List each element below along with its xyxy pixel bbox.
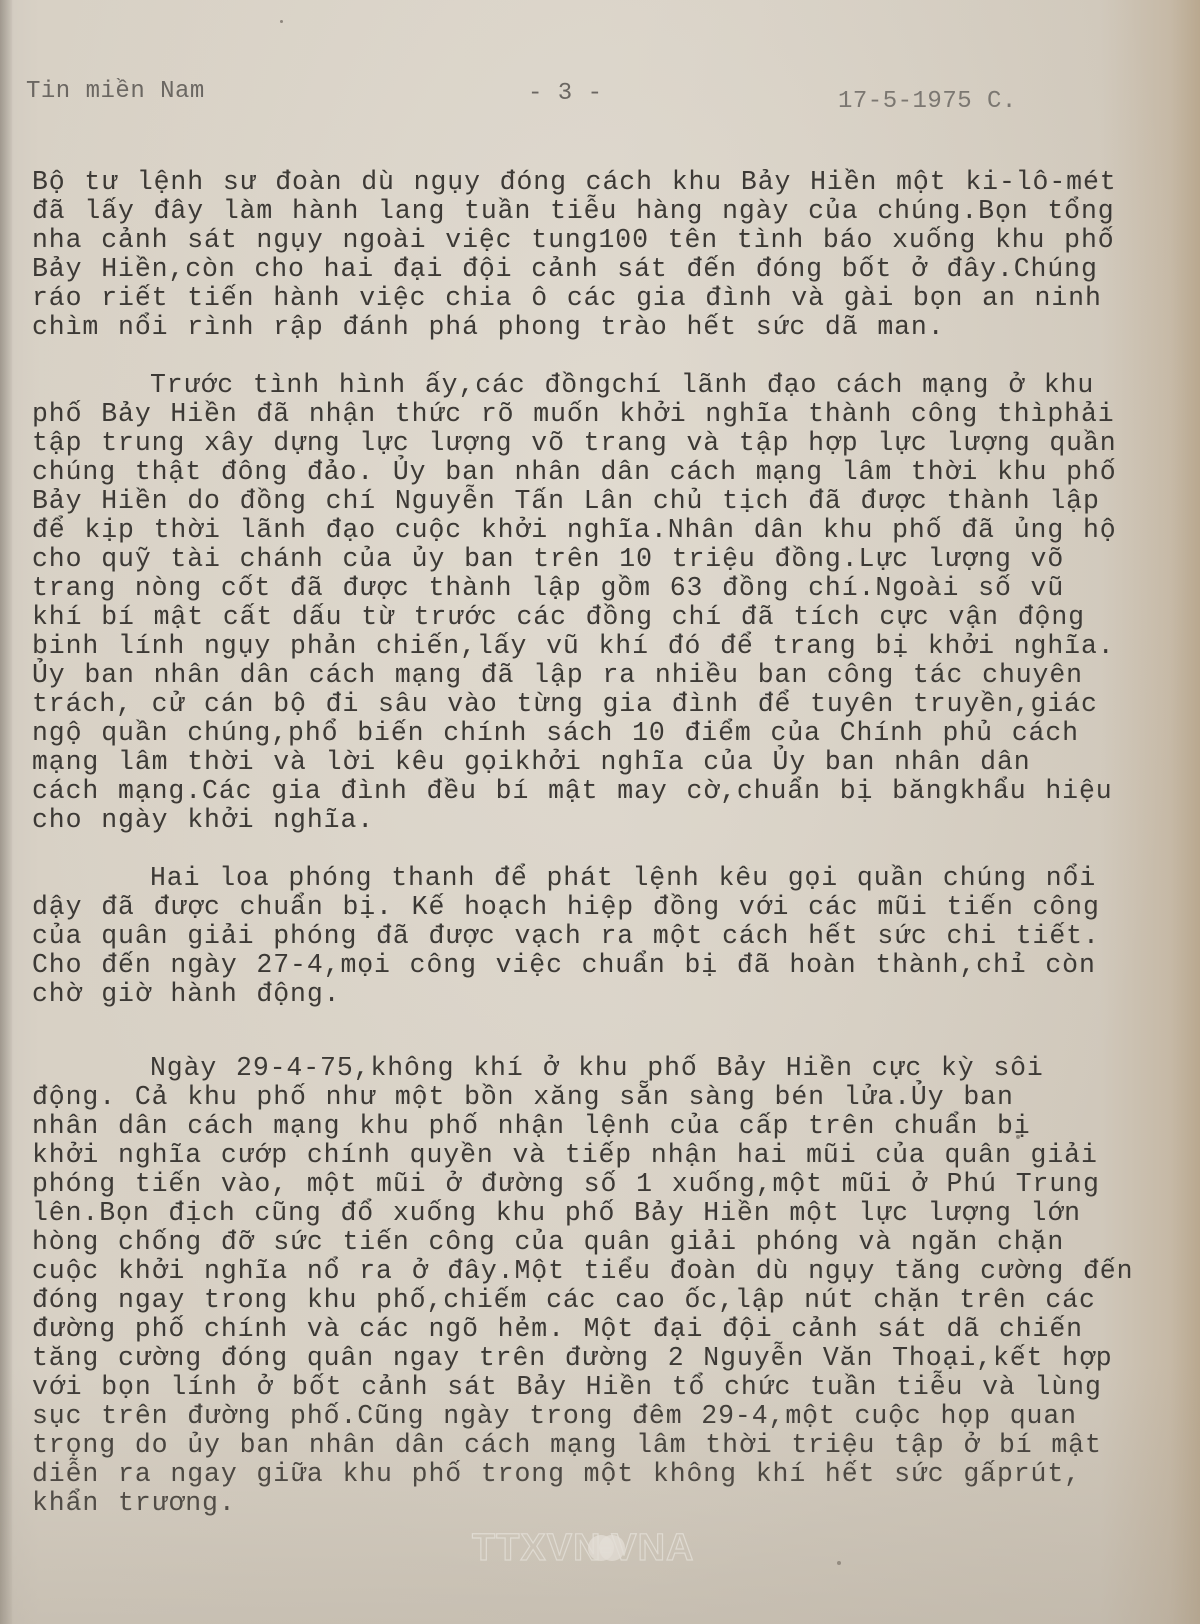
text-line: phố Bảy Hiền đã nhận thức rõ muốn khởi n… bbox=[32, 400, 1122, 429]
text-line: Bộ tư lệnh sư đoàn dù ngụy đóng cách khu… bbox=[32, 168, 1122, 197]
text-line: nhân dân cách mạng khu phố nhận lệnh của… bbox=[32, 1112, 1122, 1141]
text-line: nha cảnh sát ngụy ngoài việc tung100 tên… bbox=[32, 226, 1122, 255]
text-line: ngộ quần chúng,phổ biến chính sách 10 đi… bbox=[32, 719, 1122, 748]
text-line: đường phố chính và các ngõ hẻm. Một đại … bbox=[32, 1315, 1122, 1344]
text-line: trọng do ủy ban nhân dân cách mạng lâm t… bbox=[32, 1431, 1122, 1460]
text-line: chúng thật đông đảo. Ủy ban nhân dân các… bbox=[32, 458, 1122, 487]
text-line: Trước tình hình ấy,các đồngchí lãnh đạo … bbox=[32, 371, 1122, 400]
document-source-label: Tin miền Nam bbox=[26, 78, 205, 105]
text-line: sục trên đường phố.Cũng ngày trong đêm 2… bbox=[32, 1402, 1122, 1431]
typewritten-document-page: Tin miền Nam - 3 - 17-5-1975 C. Bộ tư lệ… bbox=[0, 0, 1200, 1624]
ink-speck bbox=[280, 20, 283, 23]
text-line: phóng tiến vào, một mũi ở đường số 1 xuố… bbox=[32, 1170, 1122, 1199]
globe-logo-icon bbox=[599, 1535, 625, 1561]
text-line: Bảy Hiền do đồng chí Nguyễn Tấn Lân chủ … bbox=[32, 487, 1122, 516]
text-line: của quân giải phóng đã được vạch ra một … bbox=[32, 922, 1122, 951]
document-date: 17-5-1975 C. bbox=[838, 88, 1017, 115]
ttxvn-vna-watermark: TTXVN-VNA bbox=[472, 1527, 694, 1570]
text-line: dậy đã được chuẩn bị. Kế hoạch hiệp đồng… bbox=[32, 893, 1122, 922]
text-line: cho quỹ tài chánh của ủy ban trên 10 tri… bbox=[32, 545, 1122, 574]
paragraph: Ngày 29-4-75,không khí ở khu phố Bảy Hiề… bbox=[32, 1054, 1122, 1518]
text-line: Cho đến ngày 27-4,mọi công việc chuẩn bị… bbox=[32, 951, 1122, 980]
text-line: tăng cường đóng quân ngay trên đường 2 N… bbox=[32, 1344, 1122, 1373]
text-line: ráo riết tiến hành việc chia ô các gia đ… bbox=[32, 284, 1122, 313]
text-line: trang nòng cốt đã được thành lập gồm 63 … bbox=[32, 574, 1122, 603]
text-line: khí bí mật cất dấu từ trước các đồng chí… bbox=[32, 603, 1122, 632]
ink-speck bbox=[1016, 1135, 1020, 1139]
text-line: binh lính ngụy phản chiến,lấy vũ khí đó … bbox=[32, 632, 1122, 661]
paragraph: Bộ tư lệnh sư đoàn dù ngụy đóng cách khu… bbox=[32, 168, 1122, 342]
text-line: khởi nghĩa cướp chính quyền và tiếp nhận… bbox=[32, 1141, 1122, 1170]
text-line: cách mạng.Các gia đình đều bí mật may cờ… bbox=[32, 777, 1122, 806]
text-line: lên.Bọn địch cũng đổ xuống khu phố Bảy H… bbox=[32, 1199, 1122, 1228]
text-line: Bảy Hiền,còn cho hai đại đội cảnh sát đế… bbox=[32, 255, 1122, 284]
text-line: Hai loa phóng thanh để phát lệnh kêu gọi… bbox=[32, 864, 1122, 893]
text-line: đóng ngay trong khu phố,chiếm các cao ốc… bbox=[32, 1286, 1122, 1315]
text-line: động. Cả khu phố như một bồn xăng sẵn sà… bbox=[32, 1083, 1122, 1112]
text-line: trách, cử cán bộ đi sâu vào từng gia đìn… bbox=[32, 690, 1122, 719]
text-line: chờ giờ hành động. bbox=[32, 980, 1122, 1009]
text-line: chìm nổi rình rập đánh phá phong trào hế… bbox=[32, 313, 1122, 342]
paragraph: Hai loa phóng thanh để phát lệnh kêu gọi… bbox=[32, 864, 1122, 1009]
text-line: Ủy ban nhân dân cách mạng đã lập ra nhiề… bbox=[32, 661, 1122, 690]
text-line: cho ngày khởi nghĩa. bbox=[32, 806, 1122, 835]
text-line: tập trung xây dựng lực lượng võ trang và… bbox=[32, 429, 1122, 458]
text-line: Ngày 29-4-75,không khí ở khu phố Bảy Hiề… bbox=[32, 1054, 1122, 1083]
page-number: - 3 - bbox=[528, 80, 603, 107]
text-line: với bọn lính ở bốt cảnh sát Bảy Hiền tổ … bbox=[32, 1373, 1122, 1402]
text-line: để kịp thời lãnh đạo cuộc khởi nghĩa.Nhâ… bbox=[32, 516, 1122, 545]
document-header: Tin miền Nam - 3 - 17-5-1975 C. bbox=[26, 78, 1200, 118]
document-body: Bộ tư lệnh sư đoàn dù ngụy đóng cách khu… bbox=[32, 168, 1122, 1547]
text-line: cuộc khởi nghĩa nổ ra ở đây.Một tiểu đoà… bbox=[32, 1257, 1122, 1286]
watermark-left-text: TTXVN bbox=[472, 1527, 602, 1569]
text-line: hòng chống đỡ sức tiến công của quân giả… bbox=[32, 1228, 1122, 1257]
text-line: đã lấy đây làm hành lang tuần tiễu hàng … bbox=[32, 197, 1122, 226]
text-line: mạng lâm thời và lời kêu gọikhởi nghĩa c… bbox=[32, 748, 1122, 777]
text-line: diễn ra ngay giữa khu phố trong một khôn… bbox=[32, 1460, 1122, 1489]
text-line: khẩn trương. bbox=[32, 1489, 1122, 1518]
ink-speck bbox=[837, 1561, 841, 1565]
paragraph: Trước tình hình ấy,các đồngchí lãnh đạo … bbox=[32, 371, 1122, 835]
